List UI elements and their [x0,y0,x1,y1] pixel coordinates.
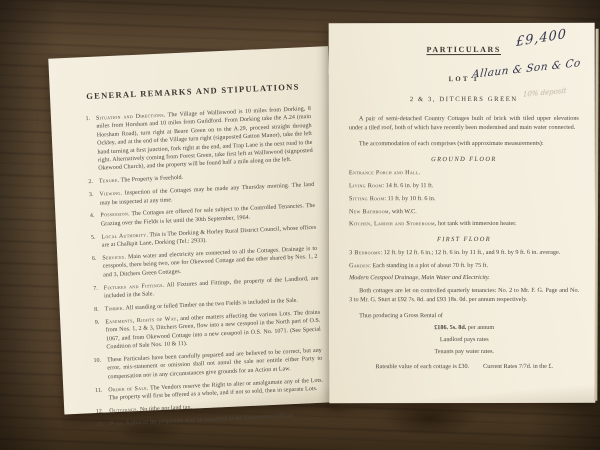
tenancy-paragraph: Both cottages are let on controlled quar… [349,287,579,305]
gross-rental-amount: £186. 5s. 8d. [434,324,466,331]
item-term: Possession [100,212,128,219]
stipulation-item-1: 1. Situation and Directions. The Village… [77,105,313,174]
right-page-title: PARTICULARS [349,45,579,54]
item-body: . All standing or felled Timber on the t… [123,298,298,312]
item-term: Local Authority [101,232,146,240]
room-term: Kitchen, Larder and Storeroom [349,220,435,227]
item-body: . Main water and electricity are connect… [103,246,318,279]
room-term: Garden [349,262,369,269]
room-detail: , with W.C. [389,208,417,215]
item-number: 11. [89,386,103,403]
services-line: Modern Cesspool Drainage, Main Water and… [349,274,579,281]
room-term: New Bathroom [349,208,389,215]
item-number: 7. [85,284,99,301]
item-term: Order of Sale [108,385,147,393]
item-body: , and other matters affecting the variou… [106,310,321,351]
item-term: Tenure [99,178,118,185]
room-entrance: Entrance Porch and Hall. [349,169,579,178]
room-bathroom: New Bathroom, with W.C. [349,207,579,216]
room-living: Living Room: 14 ft. 6 in. by 11 ft. [349,182,579,191]
page-stack-edge [594,29,598,401]
room-detail: , hot tank with immersion heater. [435,220,517,227]
rateable-value-line: Rateable value of each cottage is £30. C… [349,363,579,370]
item-term: Viewing [99,191,120,198]
room-detail: : 12 ft. by 12 ft. 6 in.; 12 ft. 6 in. b… [380,249,560,256]
open-booklet: GENERAL REMARKS AND STIPULATIONS 1. Situ… [51,18,599,410]
landlord-rates-line: Landlord pays rates [349,336,579,343]
item-term: Plan [110,421,123,428]
item-number: 5. [82,234,96,251]
room-kitchen: Kitchen, Larder and Storeroom, hot tank … [349,220,579,229]
item-term: Outgoings [109,407,137,414]
item-body: These Particulars have been carefully pr… [107,348,322,381]
page-bottom-shading [329,377,595,403]
item-number: 12. [90,408,103,417]
current-rates: Current Rates 7/7d. in the £. [483,363,553,370]
item-number: 13. [91,420,104,429]
intro-paragraph: A pair of semi-detached Country Cottages… [349,115,579,133]
item-text: These Particulars have been carefully pr… [107,347,323,382]
room-sitting: Sitting Room: 11 ft. by 10 ft. 6 in. [349,195,579,204]
room-detail: : Each standing in a plot of about 70 ft… [369,262,488,269]
room-term: Living Room [349,182,382,189]
item-body: . No tithe nor land tax. [137,404,193,413]
room-detail: . [419,169,421,176]
room-bedrooms: 3 Bedrooms: 12 ft. by 12 ft. 6 in.; 12 f… [349,249,579,258]
item-text: Easements, Rights of Way, and other matt… [105,309,321,352]
lot-heading: LOT 1 [349,76,579,83]
item-body: . The Property is Freehold. [118,175,184,184]
item-body: . The Cottages are offered for sale subj… [101,203,316,227]
item-number: 1. [77,115,93,174]
item-text: Situation and Directions. The Village of… [96,105,313,173]
gross-rental-suffix: per annum [466,324,494,331]
item-term: Fixtures and Fittings [104,282,163,291]
page-right-particulars: PARTICULARS LOT 1 2 & 3, DITCHERS GREEN … [329,23,596,403]
gross-rental-line: £186. 5s. 8d. per annum [349,324,579,331]
item-number: 4. [81,212,95,229]
item-text: Services. Main water and electricity are… [102,245,318,280]
item-number: 10. [88,357,102,383]
stipulation-item-9: 9. Easements, Rights of Way, and other m… [86,309,321,353]
first-floor-heading: FIRST FLOOR [349,236,579,243]
room-term: Sitting Room [349,195,384,202]
room-detail: : 14 ft. 6 in. by 11 ft. [382,182,433,189]
item-number: 2. [80,178,93,187]
room-garden: Garden: Each standing in a plot of about… [349,261,579,270]
left-page-title: GENERAL REMARKS AND STIPULATIONS [76,81,310,102]
item-term: Timber [105,306,123,313]
rateable-value: Rateable value of each cottage is £30. [375,363,469,370]
page-left-general-remarks: GENERAL REMARKS AND STIPULATIONS 1. Situ… [48,46,344,414]
item-number: 9. [86,319,101,353]
item-number: 3. [80,191,94,208]
room-term: 3 Bedrooms [349,249,380,256]
item-number: 8. [86,306,99,315]
room-term: Entrance Porch and Hall [349,169,419,176]
item-term: Services [102,255,124,262]
item-body: . A plan of the properties may be inspec… [123,413,296,427]
tenant-rates-line: Tenants pay water rates. [349,348,579,355]
gross-rental-intro: Thus producing a Gross Rental of [349,312,579,319]
room-detail: : 11 ft. by 10 ft. 6 in. [384,195,435,202]
accommodation-paragraph: The accommodation of each comprises (wit… [349,140,579,149]
item-number: 6. [83,255,97,281]
ground-floor-heading: GROUND FLOOR [349,156,579,163]
photo-background-wood-table: GENERAL REMARKS AND STIPULATIONS 1. Situ… [0,0,600,450]
item-body: . Inspection of the Cottages may be made… [100,182,315,206]
